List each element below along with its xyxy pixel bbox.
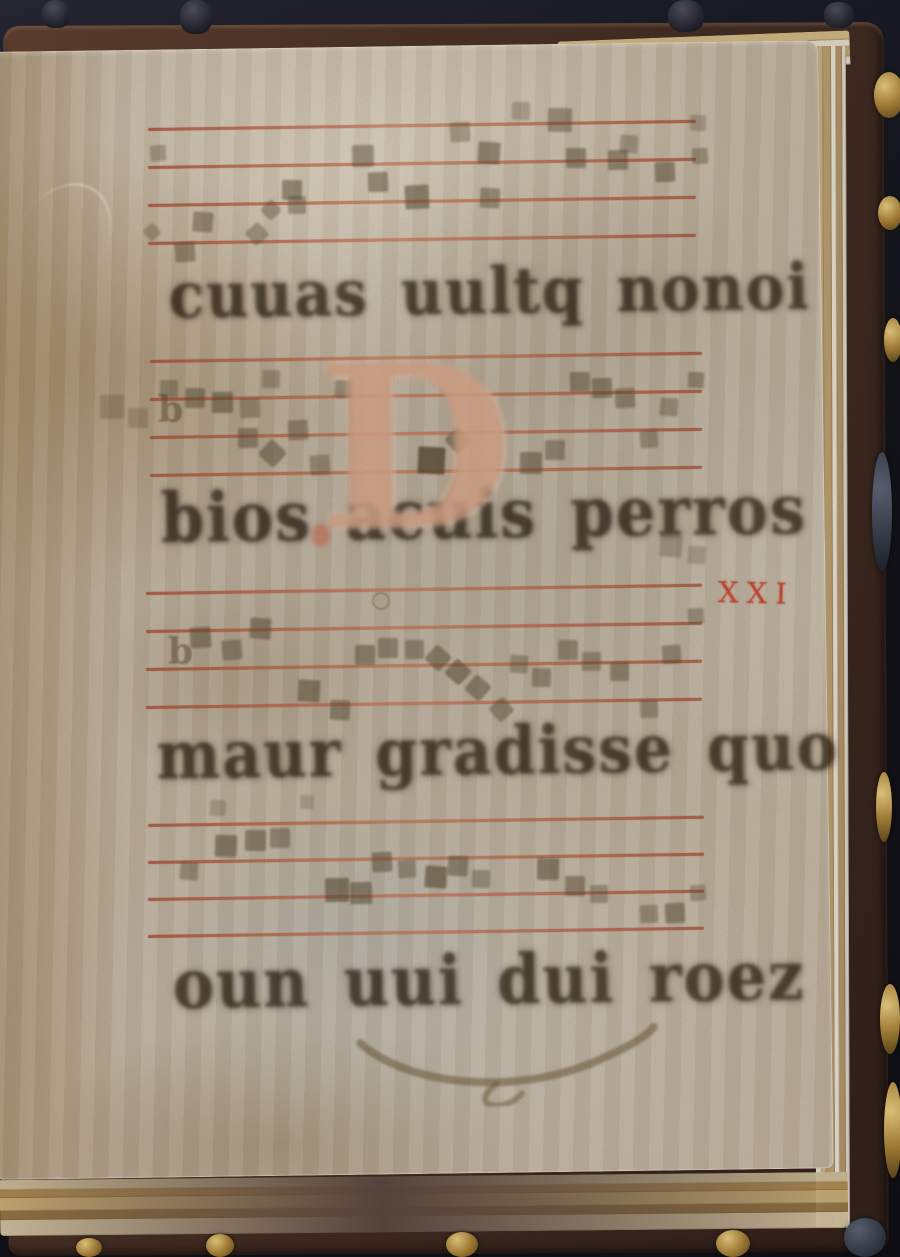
brass-boss xyxy=(876,772,892,842)
boss-knob xyxy=(180,0,212,34)
brass-boss xyxy=(884,318,900,362)
boss-knob xyxy=(42,0,70,28)
binding-hardware xyxy=(0,0,900,1257)
manuscript-photo: bb cuuas uultq nonoi bios acuis perros m… xyxy=(0,0,900,1257)
brass-boss xyxy=(878,196,900,230)
boss-knob xyxy=(824,2,854,28)
brass-boss xyxy=(884,1082,900,1178)
brass-foot xyxy=(446,1232,478,1257)
brass-foot xyxy=(206,1234,234,1257)
brass-boss xyxy=(874,72,900,118)
boss-knob xyxy=(668,0,704,32)
brass-foot xyxy=(844,1218,886,1257)
clasp-fitting xyxy=(872,452,892,572)
brass-foot xyxy=(716,1230,750,1257)
brass-boss xyxy=(880,984,900,1054)
brass-foot xyxy=(76,1238,102,1257)
